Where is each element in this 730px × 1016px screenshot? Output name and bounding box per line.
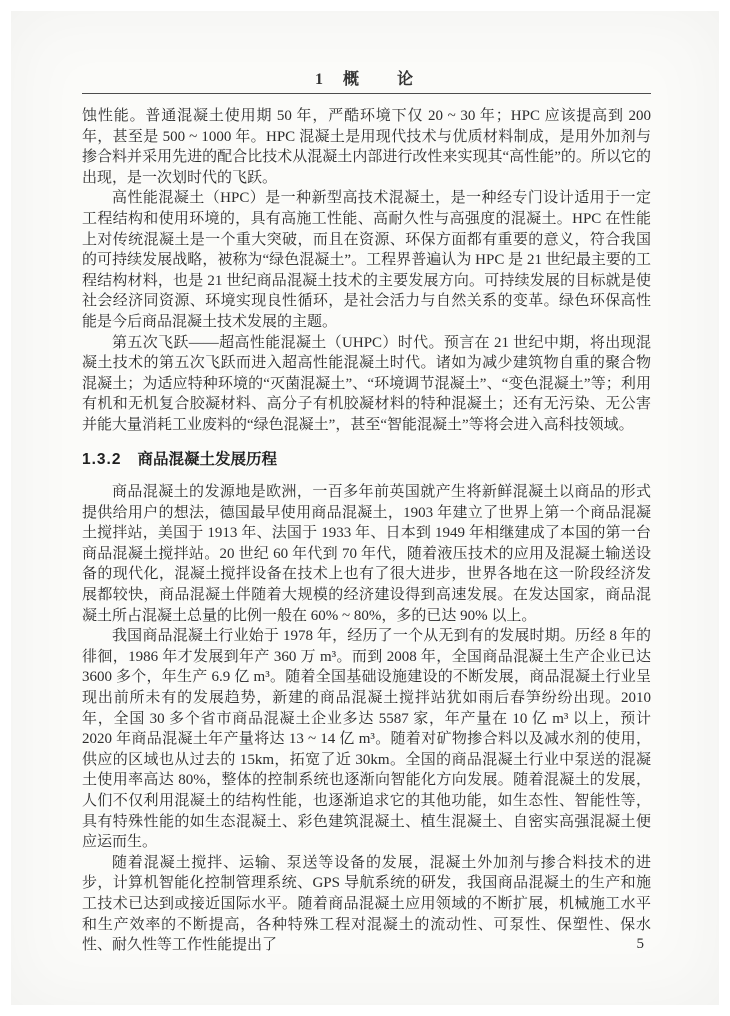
chapter-title: 1 概 论 — [315, 71, 415, 88]
page-number: 5 — [637, 936, 645, 953]
paragraph-fifth-leap-uhpc: 第五次飞跃——超高性能混凝土（UHPC）时代。预言在 21 世纪中期，将出现混凝… — [82, 333, 651, 436]
book-page: 1 概 论 蚀性能。普通混凝土使用期 50 年，严酷环境下仅 20 ~ 30 年… — [0, 0, 730, 1016]
section-title: 商品混凝土发展历程 — [137, 451, 277, 468]
paragraph-equipment-technology: 随着混凝土搅拌、运输、泵送等设备的发展，混凝土外加剂与掺合料技术的进步，计算机智… — [82, 853, 651, 956]
paragraph-china-industry-history: 我国商品混凝土行业始于 1978 年，经历了一个从无到有的发展时期。历经 8 年… — [82, 626, 651, 853]
section-number: 1.3.2 — [82, 451, 121, 468]
page-body: 蚀性能。普通混凝土使用期 50 年，严酷环境下仅 20 ~ 30 年；HPC 应… — [82, 106, 651, 956]
section-heading: 1.3.2商品混凝土发展历程 — [82, 450, 651, 471]
paragraph-corrosion-continued: 蚀性能。普通混凝土使用期 50 年，严酷环境下仅 20 ~ 30 年；HPC 应… — [82, 106, 651, 188]
paragraph-hpc-definition: 高性能混凝土（HPC）是一种新型高技术混凝土，是一种经专门设计适用于一定工程结构… — [82, 188, 651, 332]
running-header: 1 概 论 — [11, 66, 719, 89]
header-rule — [82, 93, 651, 94]
paragraph-commercial-concrete-origin: 商品混凝土的发源地是欧洲，一百多年前英国就产生将新鲜混凝土以商品的形式提供给用户… — [82, 482, 651, 626]
